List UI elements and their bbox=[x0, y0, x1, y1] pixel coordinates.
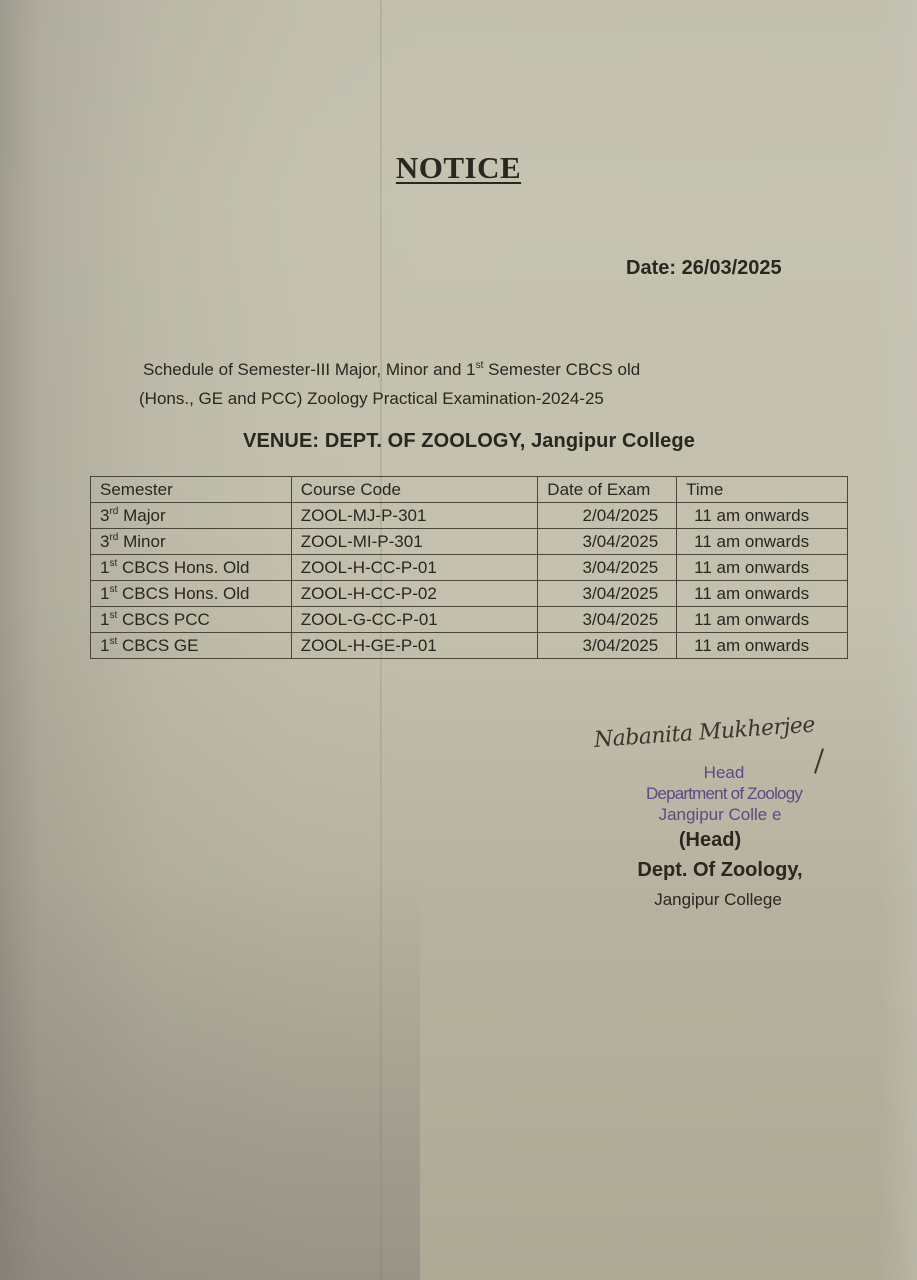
header-semester: Semester bbox=[91, 477, 292, 503]
exam-schedule-table: Semester Course Code Date of Exam Time 3… bbox=[90, 476, 848, 659]
paper-shadow bbox=[0, 880, 420, 1280]
handwritten-signature: Nabanita Mukherjee bbox=[593, 713, 816, 753]
signatory-role: (Head) bbox=[590, 826, 830, 854]
table-row: 1st CBCS GE ZOOL-H-GE-P-01 3/04/2025 11 … bbox=[91, 633, 848, 659]
course-code-cell: ZOOL-H-CC-P-01 bbox=[291, 555, 538, 581]
department-stamp: Head Department of Zoology Jangipur Coll… bbox=[630, 762, 830, 825]
time-cell: 11 am onwards bbox=[677, 633, 848, 659]
notice-title-text: NOTICE bbox=[396, 150, 521, 185]
notice-date: Date: 26/03/2025 bbox=[626, 257, 782, 280]
time-cell: 11 am onwards bbox=[677, 503, 848, 529]
signatory-college: Jangipur College bbox=[606, 886, 830, 914]
table-row: 1st CBCS PCC ZOOL-G-CC-P-01 3/04/2025 11… bbox=[91, 607, 848, 633]
time-cell: 11 am onwards bbox=[677, 581, 848, 607]
semester-cell: 1st CBCS PCC bbox=[91, 607, 292, 633]
table-row: 1st CBCS Hons. Old ZOOL-H-CC-P-01 3/04/2… bbox=[91, 555, 848, 581]
header-date-of-exam: Date of Exam bbox=[538, 477, 677, 503]
course-code-cell: ZOOL-H-CC-P-02 bbox=[291, 581, 538, 607]
stamp-line: Head bbox=[618, 762, 830, 783]
course-code-cell: ZOOL-G-CC-P-01 bbox=[291, 607, 538, 633]
header-time: Time bbox=[677, 477, 848, 503]
semester-cell: 1st CBCS Hons. Old bbox=[91, 581, 292, 607]
signatory-block: (Head) Dept. Of Zoology, Jangipur Colleg… bbox=[610, 826, 830, 914]
schedule-description: Schedule of Semester-III Major, Minor an… bbox=[143, 355, 743, 413]
date-cell: 3/04/2025 bbox=[538, 581, 677, 607]
date-cell: 2/04/2025 bbox=[538, 503, 677, 529]
date-cell: 3/04/2025 bbox=[538, 607, 677, 633]
header-course-code: Course Code bbox=[291, 477, 538, 503]
venue-line: VENUE: DEPT. OF ZOOLOGY, Jangipur Colleg… bbox=[243, 430, 695, 453]
date-cell: 3/04/2025 bbox=[538, 633, 677, 659]
time-cell: 11 am onwards bbox=[677, 529, 848, 555]
signatory-department: Dept. Of Zoology, bbox=[610, 854, 830, 886]
date-cell: 3/04/2025 bbox=[538, 529, 677, 555]
time-cell: 11 am onwards bbox=[677, 607, 848, 633]
course-code-cell: ZOOL-H-GE-P-01 bbox=[291, 633, 538, 659]
course-code-cell: ZOOL-MJ-P-301 bbox=[291, 503, 538, 529]
semester-cell: 3rd Minor bbox=[91, 529, 292, 555]
stamp-line: Department of Zoology bbox=[618, 783, 830, 804]
semester-cell: 1st CBCS Hons. Old bbox=[91, 555, 292, 581]
date-cell: 3/04/2025 bbox=[538, 555, 677, 581]
course-code-cell: ZOOL-MI-P-301 bbox=[291, 529, 538, 555]
table-row: 3rd Major ZOOL-MJ-P-301 2/04/2025 11 am … bbox=[91, 503, 848, 529]
table-row: 1st CBCS Hons. Old ZOOL-H-CC-P-02 3/04/2… bbox=[91, 581, 848, 607]
stamp-line: Jangipur Colle e bbox=[610, 804, 830, 825]
semester-cell: 3rd Major bbox=[91, 503, 292, 529]
semester-cell: 1st CBCS GE bbox=[91, 633, 292, 659]
schedule-line-1: Schedule of Semester-III Major, Minor an… bbox=[143, 355, 743, 384]
time-cell: 11 am onwards bbox=[677, 555, 848, 581]
table-row: 3rd Minor ZOOL-MI-P-301 3/04/2025 11 am … bbox=[91, 529, 848, 555]
table-header-row: Semester Course Code Date of Exam Time bbox=[91, 477, 848, 503]
schedule-line-2: (Hons., GE and PCC) Zoology Practical Ex… bbox=[139, 384, 743, 413]
notice-title: NOTICE bbox=[0, 150, 917, 186]
